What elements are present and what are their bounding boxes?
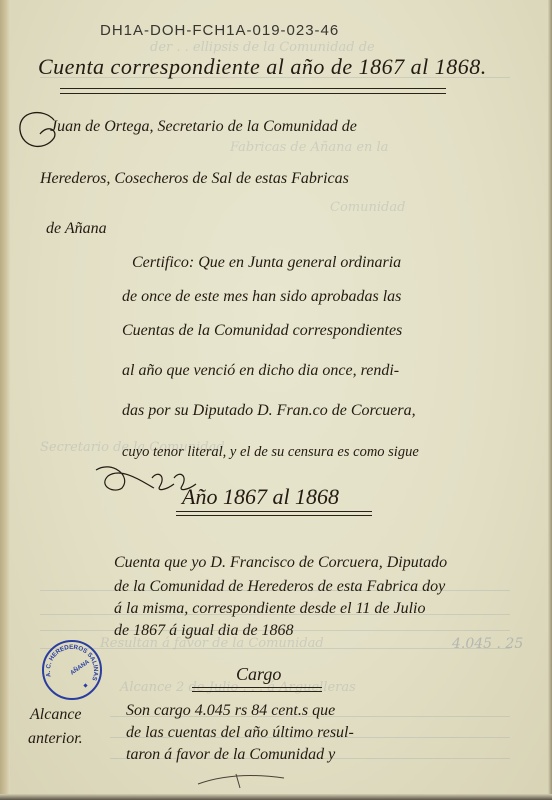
certifico-line-5: das por su Diputado D. Fran.co de Corcue… — [122, 402, 416, 420]
certifico-line-3: Cuentas de la Comunidad correspondientes — [122, 322, 402, 340]
cuenta-line-4: de 1867 á igual dia de 1868 — [114, 622, 294, 640]
certificate-line-2: Herederos, Cosecheros de Sal de estas Fa… — [40, 170, 349, 188]
page-binding-edge — [0, 0, 10, 800]
cuenta-line-2: de la Comunidad de Herederos de esta Fab… — [114, 578, 445, 596]
subtitle-underline — [176, 511, 372, 516]
cuenta-line-3: á la misma, correspondiente desde el 11 … — [114, 600, 426, 618]
bleed-through-text: Comunidad — [330, 200, 405, 215]
cuenta-line-1: Cuenta que yo D. Francisco de Corcuera, … — [114, 554, 447, 572]
page-right-edge — [548, 0, 552, 800]
bottom-flourish-icon — [196, 770, 286, 790]
faint-figure: 4.045 . 25 — [452, 636, 523, 652]
cargo-line-2: de las cuentas del año último resul- — [126, 724, 354, 742]
section-heading-cargo: Cargo — [236, 664, 281, 685]
institution-stamp: A. C. HEREDEROS SALINAS AÑANA — [42, 640, 102, 700]
page-bottom-edge — [0, 794, 552, 800]
cargo-line-3: taron á favor de la Comunidad y — [126, 746, 335, 764]
certifico-line-6: cuyo tenor literal, y el de su censura e… — [122, 444, 419, 461]
archive-reference-code: DH1A-DOH-FCH1A-019-023-46 — [100, 22, 339, 39]
certifico-line-1: Certifico: Que en Junta general ordinari… — [132, 254, 401, 272]
certificate-line-3: de Añana — [46, 220, 107, 238]
bleed-through-text: der . . ellipsis de la Comunidad de — [150, 40, 375, 55]
margin-note-line-2: anterior. — [28, 730, 83, 748]
period-subtitle: Año 1867 al 1868 — [182, 484, 339, 510]
document-title: Cuenta correspondiente al año de 1867 al… — [38, 54, 487, 80]
certifico-line-2: de once de este mes han sido aprobadas l… — [122, 288, 401, 306]
cargo-underline — [192, 687, 322, 692]
manuscript-page: der . . ellipsis de la Comunidad de Fabr… — [0, 0, 552, 800]
margin-note-line-1: Alcance — [30, 706, 82, 724]
stamp-ring-icon: A. C. HEREDEROS SALINAS AÑANA — [42, 640, 102, 700]
certifico-line-4: al año que venció en dicho dia once, ren… — [122, 362, 399, 380]
cargo-line-1: Son cargo 4.045 rs 84 cent.s que — [126, 702, 335, 720]
title-underline — [60, 88, 446, 94]
stamp-inner-text: AÑANA — [69, 658, 91, 677]
bleed-through-text: Fabricas de Añana en la — [230, 140, 388, 155]
certificate-line-1: Juan de Ortega, Secretario de la Comunid… — [50, 118, 357, 136]
